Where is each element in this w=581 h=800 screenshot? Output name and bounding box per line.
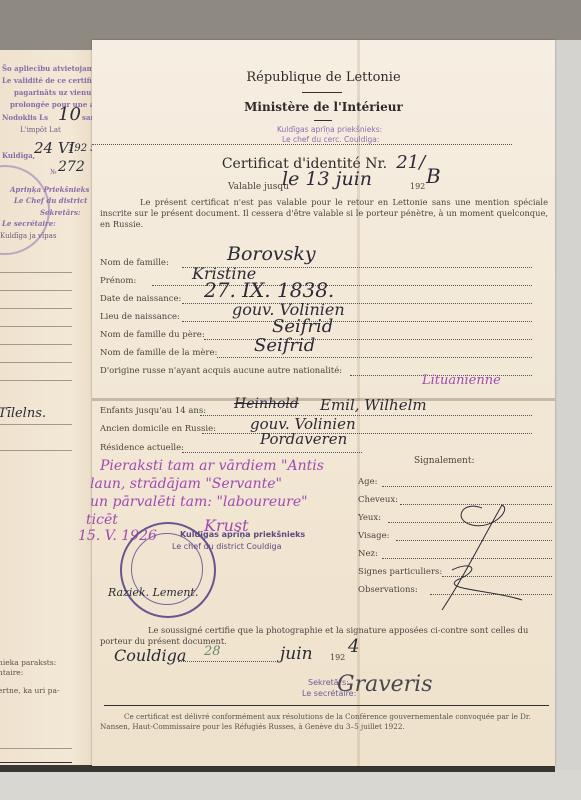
field-label-former-domicile: Ancien domicile en Russie: [100, 424, 216, 434]
flap-rule [0, 762, 72, 763]
flap-bottom-text: ntaire: [0, 668, 23, 677]
flap-tax-value: 10 [58, 104, 81, 125]
signalement-nose: Nez: [358, 549, 378, 559]
validity-notice: Le présent certificat n'est pas valable … [100, 197, 548, 230]
field-value-birthdate: 27. IX. 1838. [204, 278, 334, 302]
flap-number-label: № [50, 167, 57, 177]
secretary-signature: Graveris [337, 672, 433, 697]
flap-bottom-text: nieka paraksts: [0, 658, 56, 667]
flap-rule [0, 424, 72, 425]
flap-stamp2-line: Apriņķa Priekšnieks [10, 185, 89, 195]
field-value-mother-surname: Seifrid [254, 335, 315, 356]
flap-stamp2-line: Kuldīga ja vīpas [0, 231, 56, 241]
flap-stamp-line: Šo apliecību atvietojamo termiņš [2, 64, 100, 74]
certification-year-prefix: 192 [330, 653, 345, 662]
signalement-eyes: Yeux: [358, 513, 381, 523]
field-label-birthplace: Lieu de naissance: [100, 312, 180, 322]
field-line [178, 661, 278, 662]
flap-rule [0, 272, 72, 273]
field-value-surname: Borovsky [227, 243, 316, 265]
ministry-heading: Ministère de l'Intérieur [92, 100, 555, 114]
lower-signature: Raziek. Lement. [108, 586, 198, 599]
purple-annotation-line: laun, strādājam "Servante" [90, 476, 282, 492]
header-stamp-line: Kuldīgas aprīņa priekšnieks: [277, 125, 382, 135]
field-value-residence: Pordaveren [260, 430, 347, 448]
field-label-nationality: D'origine russe n'ayant acquis aucune au… [100, 366, 342, 376]
scanner-bottom-margin [0, 770, 581, 800]
valid-until-year: 192 [410, 182, 425, 191]
field-label-firstname: Prénom: [100, 276, 136, 286]
flap-stamp-line: L'impôt Lat [20, 125, 61, 135]
flap-stamp2-line: Le secrétaire: [2, 219, 56, 229]
flap-rule [0, 344, 72, 345]
signalement-hair: Cheveux: [358, 495, 398, 505]
certificate-suffix: B [426, 164, 441, 188]
flap-rule [0, 380, 72, 381]
field-line [182, 452, 362, 453]
field-label-children: Enfants jusqu'au 14 ans: [100, 406, 206, 416]
certificate-page: République de Lettonie Ministère de l'In… [92, 40, 555, 766]
flap-stamp-line: prolongée pour une année. [10, 100, 100, 110]
scanner-right-margin [555, 40, 581, 800]
signalement-title: Signalement: [414, 456, 474, 466]
flap-hand-note: Tīlelns. [0, 406, 46, 421]
heading-rule [302, 92, 342, 93]
field-line [217, 357, 532, 358]
certification-year-suffix: 4 [348, 636, 359, 657]
signalement-face: Visage: [358, 531, 389, 541]
heading-rule [314, 120, 332, 121]
field-value-father-surname: Seifrid [272, 316, 333, 337]
valid-until-value: le 13 juin [282, 168, 372, 190]
flap-rule [0, 748, 72, 749]
country-heading: République de Lettonie [92, 70, 555, 85]
signalement-age: Age: [358, 477, 377, 487]
flap-rule [0, 362, 72, 363]
field-line [202, 433, 532, 434]
flap-stamp2-line: Le Chef du district [14, 196, 87, 206]
flap-bottom-text: ertne, ka uri pa- [0, 686, 59, 695]
flap-stamp2-line: Sekretārs: [40, 208, 80, 218]
flap-rule [0, 450, 72, 451]
certification-month: juin [280, 644, 313, 664]
field-label-father-surname: Nom de famille du père: [100, 330, 205, 340]
certification-day: 28 [204, 644, 221, 659]
certificate-number: 21/ [396, 152, 425, 173]
purple-annotation-line: ticēt [86, 512, 118, 528]
purple-annotation-line: un pārvalēti tam: "laboureure" [90, 494, 308, 510]
flap-rule [0, 290, 72, 291]
field-value-nationality: Lituanienne [422, 373, 501, 388]
flap-number: 272 [58, 159, 85, 175]
flap-place: Kuldīga, [2, 151, 35, 161]
district-stamp-line: Kuldīgas aprīņa priekšnieks [180, 530, 305, 540]
footer-separator [104, 705, 549, 706]
flap-stamp-line: pagarināts uz vienu gadu. [14, 88, 100, 98]
flap-stamp-line: Nodoklis Ls [2, 113, 48, 123]
cancellation-flourish [422, 500, 542, 620]
purple-annotation-line: Pieraksti tam ar vārdiem "Antis [100, 458, 324, 474]
signalement-observations: Observations: [358, 585, 418, 595]
struck-child-name: Heinhold [234, 396, 299, 412]
certification-place: Couldiga [114, 646, 186, 665]
field-label-residence: Résidence actuelle: [100, 443, 184, 453]
field-line [382, 486, 552, 487]
field-label-mother-surname: Nom de famille de la mère: [100, 348, 217, 358]
field-label-surname: Nom de famille: [100, 258, 169, 268]
flap-stamp-line: Le validité de ce certificat est [2, 76, 100, 86]
field-line [182, 321, 532, 322]
certification-text: Le soussigné certifie que la photographi… [100, 625, 552, 647]
left-flap-page: Šo apliecību atvietojamo termiņš Le vali… [0, 50, 100, 765]
header-dotted-line [92, 144, 512, 145]
flap-rule [0, 326, 72, 327]
district-stamp-line: Le chef du district Couldiga [172, 542, 281, 552]
footer-note: Ce certificat est délivré conformément a… [100, 712, 552, 732]
flap-rule [0, 308, 72, 309]
field-value-children: Emil, Wilhelm [320, 396, 427, 414]
field-label-birthdate: Date de naissance: [100, 294, 181, 304]
